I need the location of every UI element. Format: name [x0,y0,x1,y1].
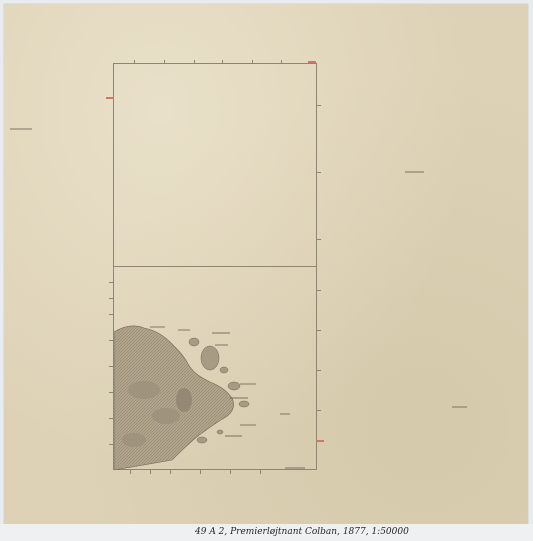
map-catalog-title: 49 A 2, Premierløjtnant Colban, 1877, 1:… [195,524,409,540]
place-name-marks [0,0,533,541]
